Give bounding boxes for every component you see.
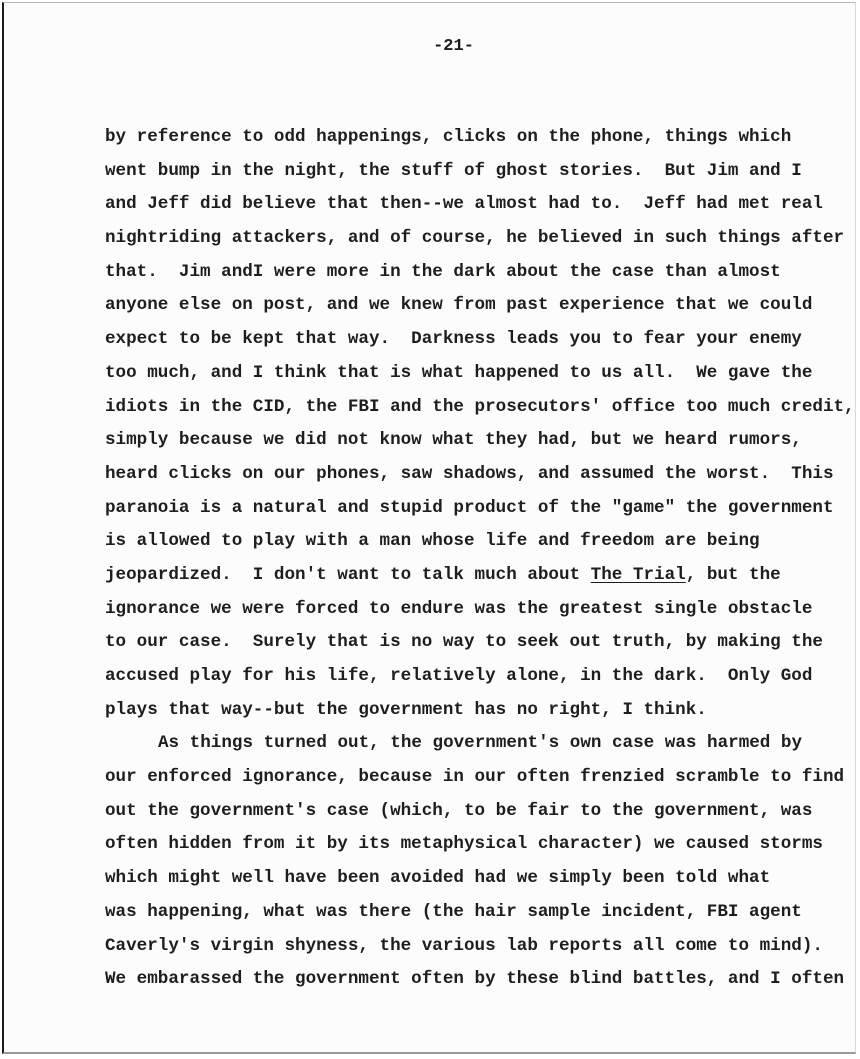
text-line: We embarassed the government often by th… (105, 963, 845, 997)
text-segment: jeopardized. I don't want to talk much a… (105, 565, 591, 585)
text-segment: our enforced ignorance, because in our o… (105, 767, 844, 787)
text-line: expect to be kept that way. Darkness lea… (105, 323, 845, 357)
text-line: accused play for his life, relatively al… (105, 660, 845, 694)
text-segment: anyone else on post, and we knew from pa… (105, 295, 812, 315)
text-segment: is allowed to play with a man whose life… (105, 531, 760, 551)
text-segment: ignorance we were forced to endure was t… (105, 599, 812, 619)
text-segment: heard clicks on our phones, saw shadows,… (105, 464, 834, 484)
text-line: and Jeff did believe that then--we almos… (105, 188, 845, 222)
text-line: Caverly's virgin shyness, the various la… (105, 930, 845, 964)
page-number: -21- (4, 37, 855, 56)
text-segment: simply because we did not know what they… (105, 430, 802, 450)
text-line: often hidden from it by its metaphysical… (105, 828, 845, 862)
text-line: ignorance we were forced to endure was t… (105, 593, 845, 627)
body-text: by reference to odd happenings, clicks o… (105, 121, 845, 997)
text-segment: plays that way--but the government has n… (105, 700, 707, 720)
text-line: plays that way--but the government has n… (105, 694, 845, 728)
text-line: paranoia is a natural and stupid product… (105, 492, 845, 526)
text-segment: We embarassed the government often by th… (105, 969, 844, 989)
text-segment: too much, and I think that is what happe… (105, 363, 812, 383)
text-segment: by reference to odd happenings, clicks o… (105, 127, 791, 147)
text-segment: to our case. Surely that is no way to se… (105, 632, 823, 652)
text-segment: that. Jim andI were more in the dark abo… (105, 262, 781, 282)
text-line: idiots in the CID, the FBI and the prose… (105, 391, 845, 425)
text-line: simply because we did not know what they… (105, 424, 845, 458)
text-line: too much, and I think that is what happe… (105, 357, 845, 391)
document-page: -21- by reference to odd happenings, cli… (2, 2, 856, 1054)
text-line: which might well have been avoided had w… (105, 862, 845, 896)
text-line: jeopardized. I don't want to talk much a… (105, 559, 845, 593)
text-segment: was happening, what was there (the hair … (105, 902, 802, 922)
text-segment: out the government's case (which, to be … (105, 801, 812, 821)
text-line: went bump in the night, the stuff of gho… (105, 155, 845, 189)
text-line: was happening, what was there (the hair … (105, 896, 845, 930)
text-segment: , but the (686, 565, 781, 585)
text-line: heard clicks on our phones, saw shadows,… (105, 458, 845, 492)
text-segment: expect to be kept that way. Darkness lea… (105, 329, 802, 349)
text-segment: which might well have been avoided had w… (105, 868, 770, 888)
text-segment: paranoia is a natural and stupid product… (105, 498, 834, 518)
text-segment: nightriding attackers, and of course, he… (105, 228, 844, 248)
text-line: anyone else on post, and we knew from pa… (105, 289, 845, 323)
text-line: by reference to odd happenings, clicks o… (105, 121, 845, 155)
text-segment: As things turned out, the government's o… (158, 733, 802, 753)
text-line: out the government's case (which, to be … (105, 795, 845, 829)
text-segment: and Jeff did believe that then--we almos… (105, 194, 823, 214)
text-line: As things turned out, the government's o… (105, 727, 845, 761)
text-line: is allowed to play with a man whose life… (105, 525, 845, 559)
text-line: to our case. Surely that is no way to se… (105, 626, 845, 660)
underlined-title: The Trial (591, 565, 686, 585)
text-segment: went bump in the night, the stuff of gho… (105, 161, 802, 181)
text-segment: accused play for his life, relatively al… (105, 666, 812, 686)
text-segment: often hidden from it by its metaphysical… (105, 834, 823, 854)
text-segment: Caverly's virgin shyness, the various la… (105, 936, 823, 956)
text-line: that. Jim andI were more in the dark abo… (105, 256, 845, 290)
text-line: nightriding attackers, and of course, he… (105, 222, 845, 256)
text-segment: idiots in the CID, the FBI and the prose… (105, 397, 855, 417)
text-line: our enforced ignorance, because in our o… (105, 761, 845, 795)
